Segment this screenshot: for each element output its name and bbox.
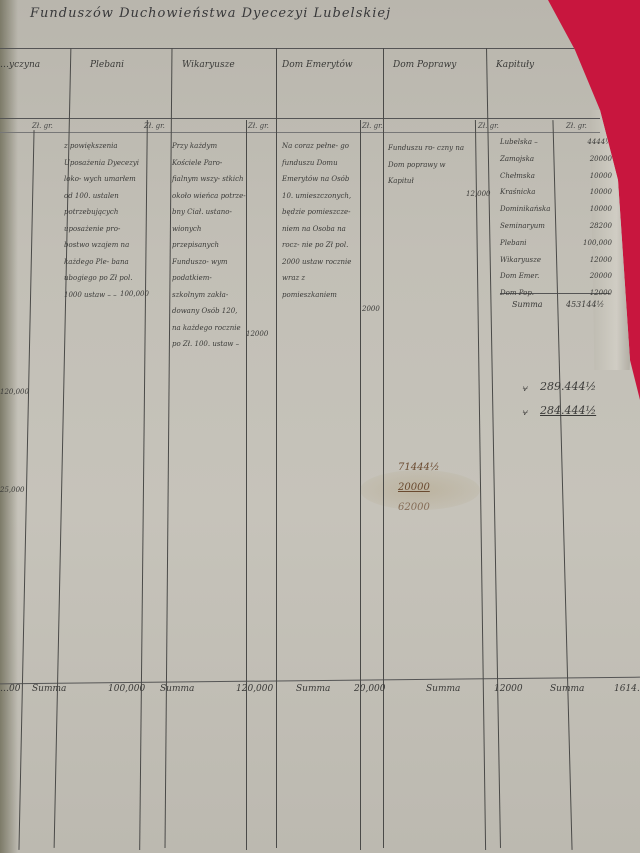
column-header-plebani: Plebani	[90, 60, 124, 70]
column-header-dom-emerytow: Dom Emerytów	[282, 60, 353, 70]
unit-label: Zł. gr.	[362, 122, 383, 130]
summa-value: 120,000	[236, 684, 273, 694]
unit-label: Zł. gr.	[32, 122, 53, 130]
calc-line-1: 71444½	[398, 462, 440, 473]
unit-label: Zł. gr.	[478, 122, 499, 130]
calc-line-2: 20000	[398, 482, 430, 493]
column-divider	[360, 120, 361, 850]
kapitula-row: Kraśnicka 10000	[500, 184, 612, 201]
column-divider	[276, 48, 277, 848]
wikaryusze-amount: 12000	[246, 330, 268, 338]
kapitula-row: Lubelska – 4444½	[500, 134, 612, 151]
ledger-page: Funduszów Duchowieństwa Dyecezyi Lubelsk…	[0, 0, 640, 853]
kapitula-row: Zamojska 20000	[500, 151, 612, 168]
unit-label: Zł. gr.	[144, 122, 165, 130]
dom-emerytow-amount: 2000	[362, 305, 380, 313]
dom-poprawy-entry-text: Funduszu ro- czny na Dom poprawy w Kapit…	[388, 140, 466, 190]
page-title: Funduszów Duchowieństwa Dyecezyi Lubelsk…	[30, 6, 391, 21]
summa-value: 100,000	[108, 684, 145, 694]
kapituly-sum-label: Summa	[512, 300, 543, 309]
dom-poprawy-amount: 12,000	[466, 190, 491, 198]
binding-shadow	[0, 0, 18, 853]
unit-label: Zł. gr.	[566, 122, 587, 130]
header-bottom-rule	[0, 118, 600, 119]
column-header-dom-poprawy: Dom Poprawy	[393, 60, 456, 70]
wikaryusze-entry-text: Przy każdym Kościele Paro- fialnym wszy-…	[172, 138, 246, 353]
calc-line-3: 62000	[398, 502, 430, 513]
left-margin-value: 25,000	[0, 486, 25, 494]
summa-label: Summa	[160, 684, 194, 694]
column-header-partial: …yczyna	[0, 60, 40, 70]
kapitula-row: Dominikańska 10000	[500, 201, 612, 218]
column-divider	[486, 48, 501, 848]
column-header-wikaryusze: Wikaryusze	[182, 60, 235, 70]
unit-label: Zł. gr.	[248, 122, 269, 130]
total-prefix: ⩝	[522, 384, 527, 394]
summa-label: Summa	[296, 684, 330, 694]
kapitula-row: Dom Emer. 20000	[500, 268, 612, 285]
summa-label: Summa	[32, 684, 66, 694]
kapitula-row: Plebani 100,000	[500, 235, 612, 252]
kapitula-row: Wikaryusze 12000	[500, 252, 612, 269]
kapituly-list: Lubelska – 4444½ Zamojska 20000 Chełmska…	[500, 134, 612, 302]
summa-value: 12000	[494, 684, 523, 694]
total-line-2: 284.444½	[540, 404, 596, 417]
summa-label: Summa	[550, 684, 584, 694]
dom-emerytow-entry-text: Na coraz pełne- go funduszu Domu Emerytó…	[282, 138, 360, 303]
plebani-amount: 100,000	[120, 290, 149, 298]
summa-value: 1614…	[614, 684, 640, 694]
left-margin-value: 120,000	[0, 388, 29, 396]
header-top-rule	[0, 48, 600, 49]
unit-rule	[0, 132, 600, 133]
kapitula-row: Seminaryum 28200	[500, 218, 612, 235]
kapituly-sum-value: 453144½	[566, 300, 604, 309]
column-divider	[383, 48, 384, 848]
column-divider	[246, 120, 247, 850]
summa-label: Summa	[426, 684, 460, 694]
plebani-entry-text: z powiększenia Uposażenia Dyecezyi loko-…	[64, 138, 142, 303]
total-prefix: ⩝	[522, 408, 527, 418]
summa-partial: …00	[0, 684, 20, 694]
column-header-kapituly: Kapituły	[496, 60, 534, 70]
summa-value: 20,000	[354, 684, 386, 694]
total-line-1: 289.444½	[540, 380, 596, 393]
kapitula-row: Chełmska 10000	[500, 168, 612, 185]
